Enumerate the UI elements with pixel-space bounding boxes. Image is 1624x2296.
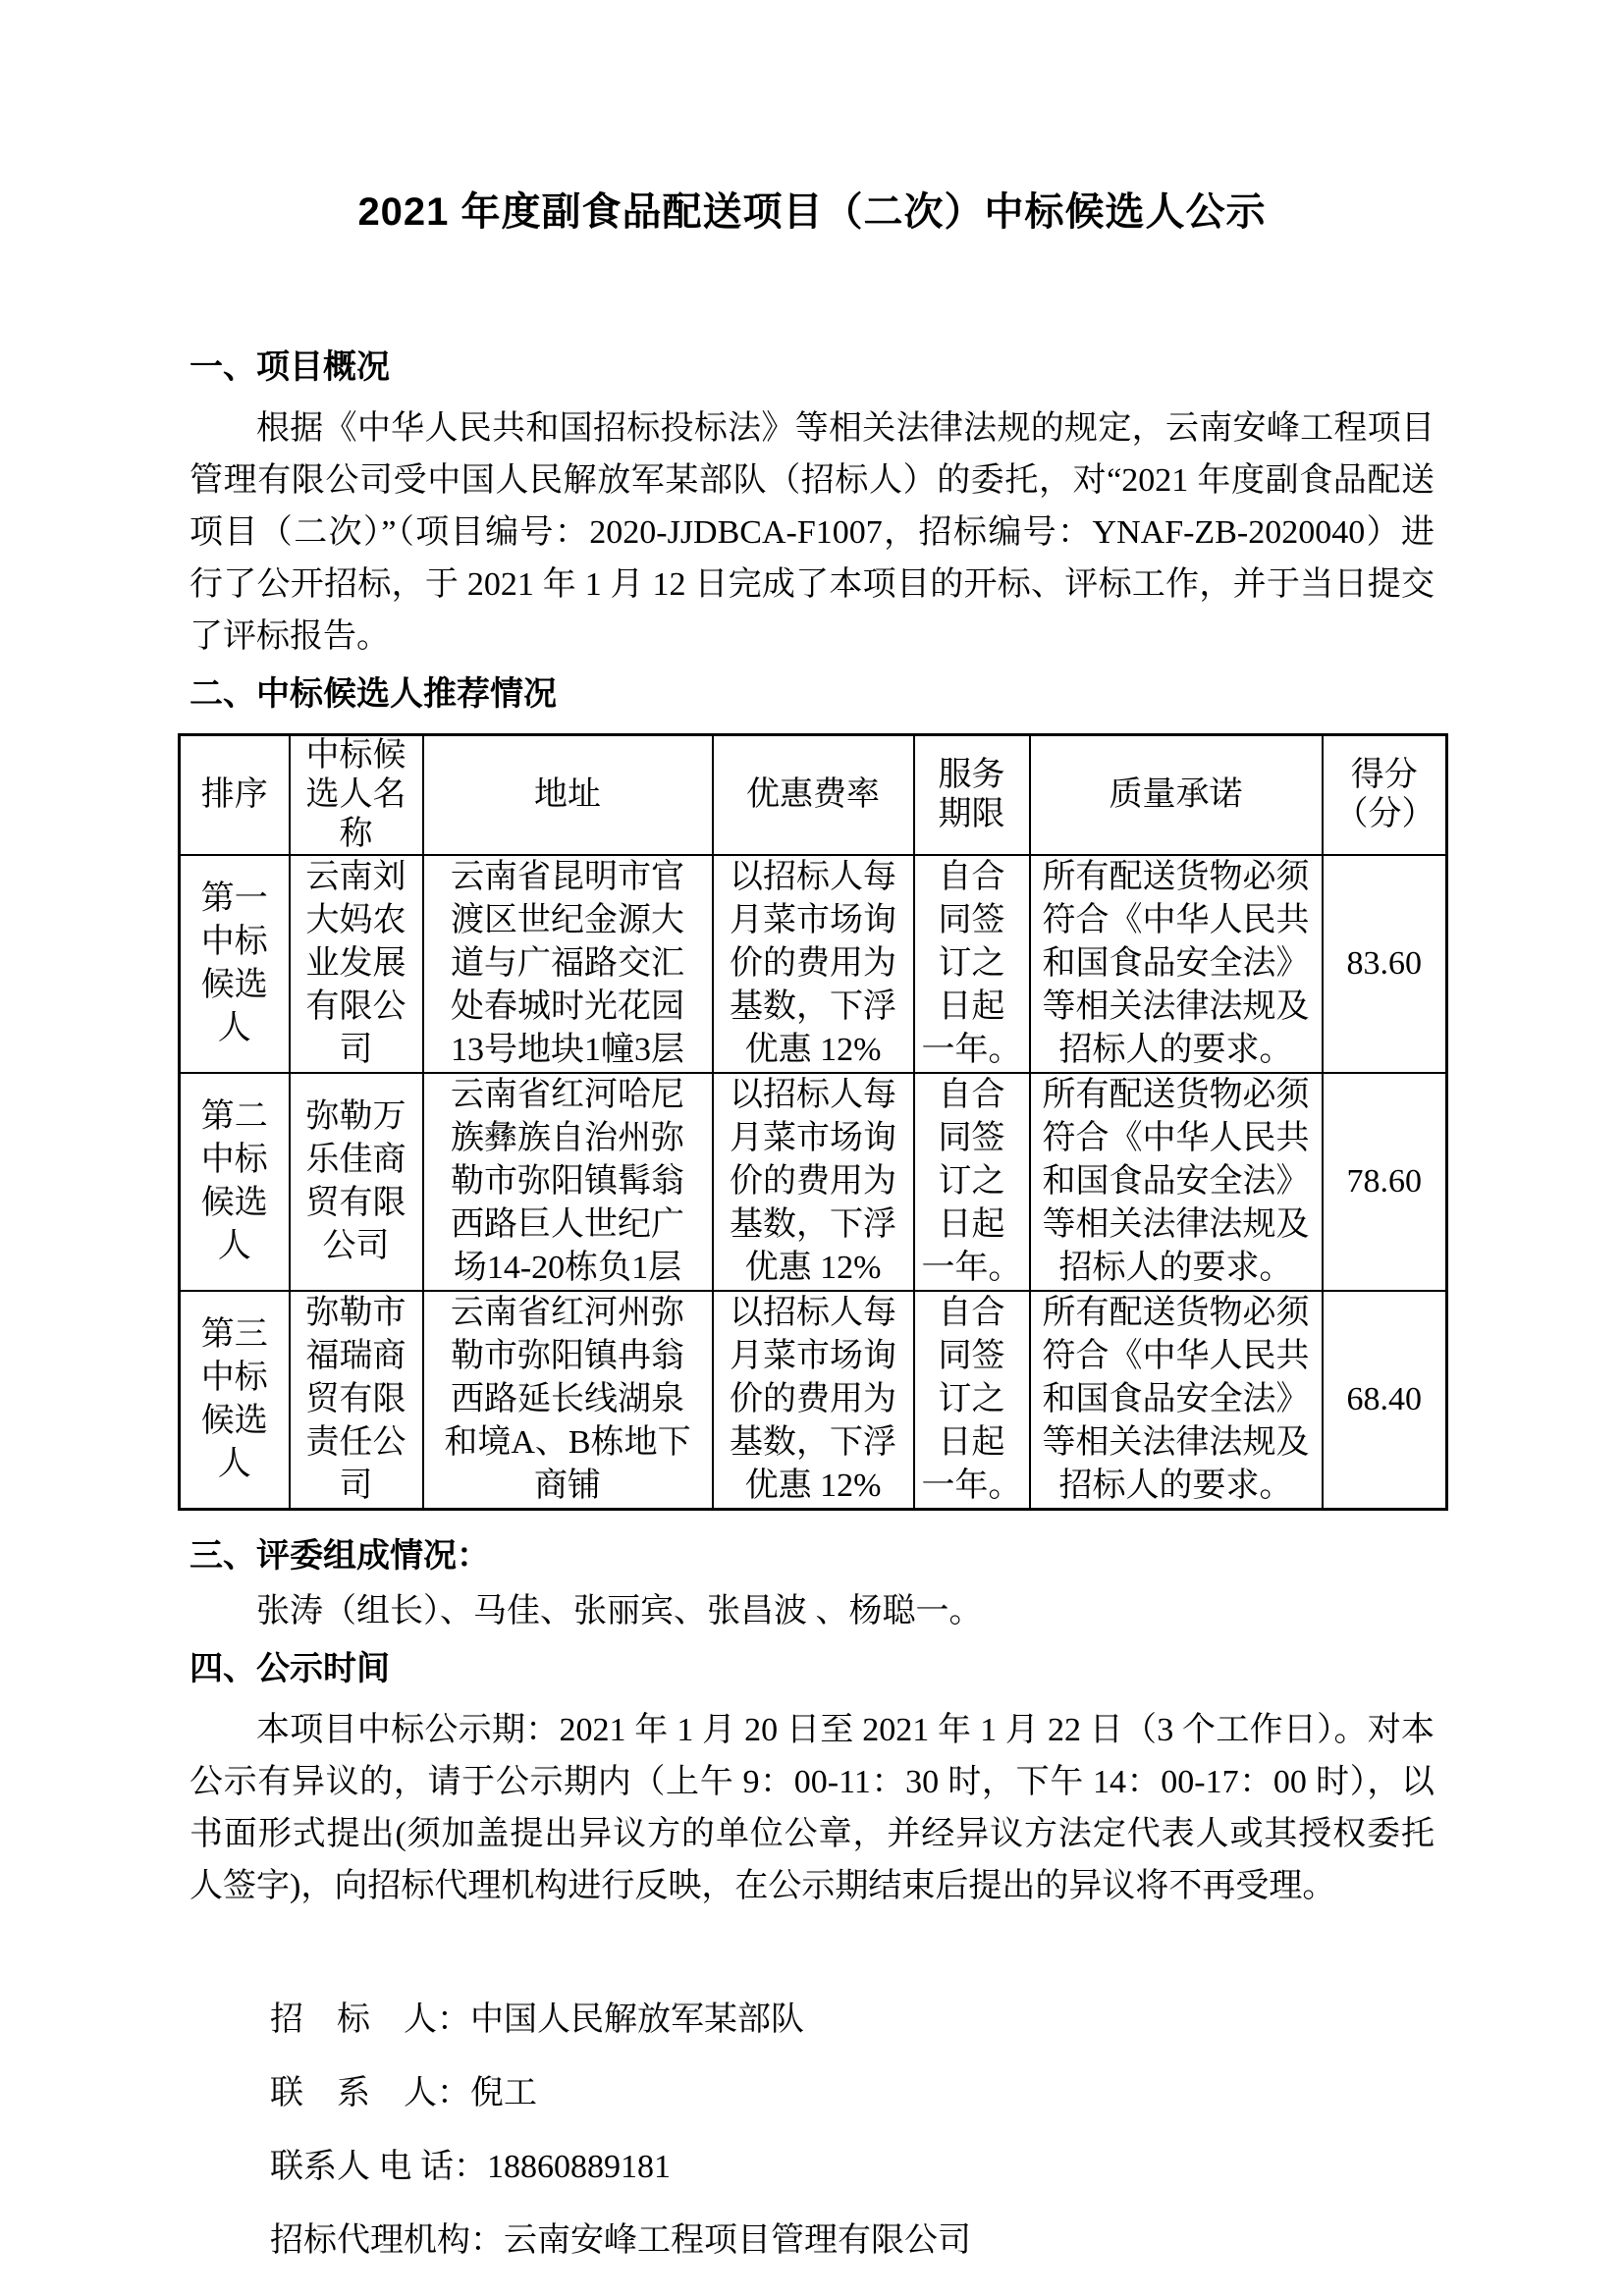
announcement-document: 2021 年度副食品配送项目（二次）中标候选人公示 一、项目概况 根据《中华人民… (0, 0, 1624, 2296)
section-candidates-heading: 二、中标候选人推荐情况 (189, 672, 1435, 718)
cell-discount-rate: 以招标人每月菜市场询价的费用为基数，下浮优惠 12% (713, 855, 914, 1073)
section-publicity-heading: 四、公示时间 (189, 1647, 1435, 1692)
header-cell-address: 地址 (423, 735, 713, 856)
header-cell-score: 得分 （分） (1323, 735, 1447, 856)
contact-line-contact-person: 联 系 人：倪工 (270, 2056, 1435, 2130)
cell-rank: 第二中标候选人 (180, 1073, 290, 1291)
cell-candidate-name: 弥勒万乐佳商贸有限公司 (290, 1073, 423, 1291)
candidates-table-header: 排序 中标候选人名称 地址 优惠费率 服务期限 质量承诺 得分 （分） (180, 735, 1447, 856)
section-jury-heading: 三、评委组成情况： (189, 1534, 1435, 1579)
table-row-first-candidate: 第一中标候选人 云南刘大妈农业发展有限公司 云南省昆明市官渡区世纪金源大道与广福… (180, 855, 1447, 1073)
cell-rank: 第一中标候选人 (180, 855, 290, 1073)
contact-line-phone: 联系人 电 话：18860889181 (270, 2130, 1435, 2204)
cell-discount-rate: 以招标人每月菜市场询价的费用为基数，下浮优惠 12% (713, 1073, 914, 1291)
cell-service-term: 自合 同签 订之 日起 一年。 (914, 855, 1030, 1073)
document-title: 2021 年度副食品配送项目（二次）中标候选人公示 (189, 188, 1435, 236)
header-cell-service-term: 服务期限 (914, 735, 1030, 856)
section-publicity-paragraph: 本项目中标公示期：2021 年 1 月 20 日至 2021 年 1 月 22 … (189, 1704, 1435, 1912)
cell-service-term: 自合 同签 订之 日起 一年。 (914, 1291, 1030, 1510)
contact-line-tenderee: 招 标 人：中国人民解放军某部队 (270, 1983, 1435, 2056)
cell-candidate-name: 云南刘大妈农业发展有限公司 (290, 855, 423, 1073)
table-header-row: 排序 中标候选人名称 地址 优惠费率 服务期限 质量承诺 得分 （分） (180, 735, 1447, 856)
cell-address: 云南省红河州弥勒市弥阳镇冉翁西路延长线湖泉和境A、B栋地下商铺 (423, 1291, 713, 1510)
contact-line-agency: 招标代理机构：云南安峰工程项目管理有限公司 (270, 2204, 1435, 2277)
cell-quality-commitment: 所有配送货物必须符合《中华人民共和国食品安全法》等相关法律法规及招标人的要求。 (1030, 1073, 1323, 1291)
table-row-second-candidate: 第二中标候选人 弥勒万乐佳商贸有限公司 云南省红河哈尼族彝族自治州弥勒市弥阳镇髯… (180, 1073, 1447, 1291)
header-cell-candidate-name: 中标候选人名称 (290, 735, 423, 856)
cell-service-term: 自合 同签 订之 日起 一年。 (914, 1073, 1030, 1291)
cell-score: 83.60 (1323, 855, 1447, 1073)
section-overview-heading: 一、项目概况 (189, 346, 1435, 391)
cell-quality-commitment: 所有配送货物必须符合《中华人民共和国食品安全法》等相关法律法规及招标人的要求。 (1030, 855, 1323, 1073)
jury-members-line: 张涛（组长）、马佳、张丽宾、张昌波 、杨聪一。 (189, 1585, 1435, 1637)
header-cell-discount-rate: 优惠费率 (713, 735, 914, 856)
cell-rank: 第三中标候选人 (180, 1291, 290, 1510)
header-cell-rank: 排序 (180, 735, 290, 856)
header-cell-quality-commitment: 质量承诺 (1030, 735, 1323, 856)
table-row-third-candidate: 第三中标候选人 弥勒市福瑞商贸有限责任公司 云南省红河州弥勒市弥阳镇冉翁西路延长… (180, 1291, 1447, 1510)
cell-address: 云南省昆明市官渡区世纪金源大道与广福路交汇处春城时光花园13号地块1幢3层 (423, 855, 713, 1073)
cell-discount-rate: 以招标人每月菜市场询价的费用为基数，下浮优惠 12% (713, 1291, 914, 1510)
candidates-table-body: 第一中标候选人 云南刘大妈农业发展有限公司 云南省昆明市官渡区世纪金源大道与广福… (180, 855, 1447, 1510)
cell-quality-commitment: 所有配送货物必须符合《中华人民共和国食品安全法》等相关法律法规及招标人的要求。 (1030, 1291, 1323, 1510)
cell-score: 68.40 (1323, 1291, 1447, 1510)
cell-address: 云南省红河哈尼族彝族自治州弥勒市弥阳镇髯翁西路巨人世纪广场14-20栋负1层 (423, 1073, 713, 1291)
cell-score: 78.60 (1323, 1073, 1447, 1291)
candidates-table: 排序 中标候选人名称 地址 优惠费率 服务期限 质量承诺 得分 （分） 第一中标… (178, 733, 1448, 1511)
cell-candidate-name: 弥勒市福瑞商贸有限责任公司 (290, 1291, 423, 1510)
contact-block: 招 标 人：中国人民解放军某部队 联 系 人：倪工 联系人 电 话：188608… (189, 1983, 1435, 2277)
section-overview-paragraph: 根据《中华人民共和国招标投标法》等相关法律法规的规定，云南安峰工程项目管理有限公… (189, 402, 1435, 663)
